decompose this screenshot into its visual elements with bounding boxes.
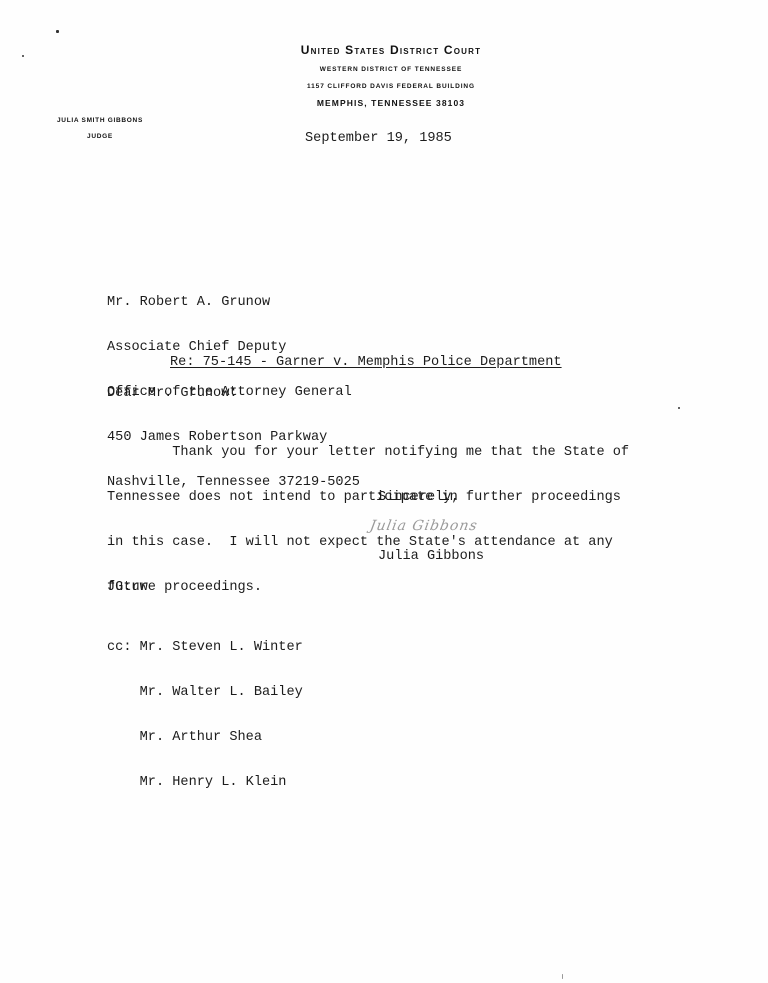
body-line: Thank you for your letter notifying me t… <box>107 445 629 460</box>
letterhead-district: Western District of Tennessee <box>256 66 526 73</box>
letter-date: September 19, 1985 <box>305 131 452 146</box>
scan-speck <box>562 974 563 979</box>
cc-line: Mr. Arthur Shea <box>107 730 303 745</box>
cc-line: Mr. Henry L. Klein <box>107 775 303 790</box>
closing: Sincerely, <box>378 490 460 505</box>
body-line: in this case. I will not expect the Stat… <box>107 535 629 550</box>
salutation: Dear Mr. Grunow: <box>107 386 238 401</box>
subject-line: Re: 75-145 - Garner v. Memphis Police De… <box>170 355 562 370</box>
recipient-line: Mr. Robert A. Grunow <box>107 295 360 310</box>
scan-speck <box>56 30 59 33</box>
letterhead-judge-title: Judge <box>30 133 170 140</box>
typist-initials: JG:rw <box>107 580 148 595</box>
letterhead-city: Memphis, Tennessee 38103 <box>256 98 526 108</box>
letterhead-building: 1157 Clifford Davis Federal Building <box>256 83 526 90</box>
recipient-line: Associate Chief Deputy <box>107 340 360 355</box>
letterhead-judge-name: Julia Smith Gibbons <box>30 117 170 124</box>
cc-line: Mr. Walter L. Bailey <box>107 685 303 700</box>
letterhead-court: United States District Court <box>256 43 526 57</box>
scan-speck <box>678 407 680 409</box>
body-line: Tennessee does not intend to participate… <box>107 490 629 505</box>
cc-line: cc: Mr. Steven L. Winter <box>107 640 303 655</box>
letter-page: United States District Court Western Dis… <box>0 0 768 983</box>
cc-list: cc: Mr. Steven L. Winter Mr. Walter L. B… <box>107 610 303 820</box>
scan-speck <box>22 55 24 57</box>
signer-name: Julia Gibbons <box>378 549 484 564</box>
handwritten-signature: Julia Gibbons <box>369 518 479 534</box>
letter-body: Thank you for your letter notifying me t… <box>107 415 629 625</box>
body-line: future proceedings. <box>107 580 629 595</box>
